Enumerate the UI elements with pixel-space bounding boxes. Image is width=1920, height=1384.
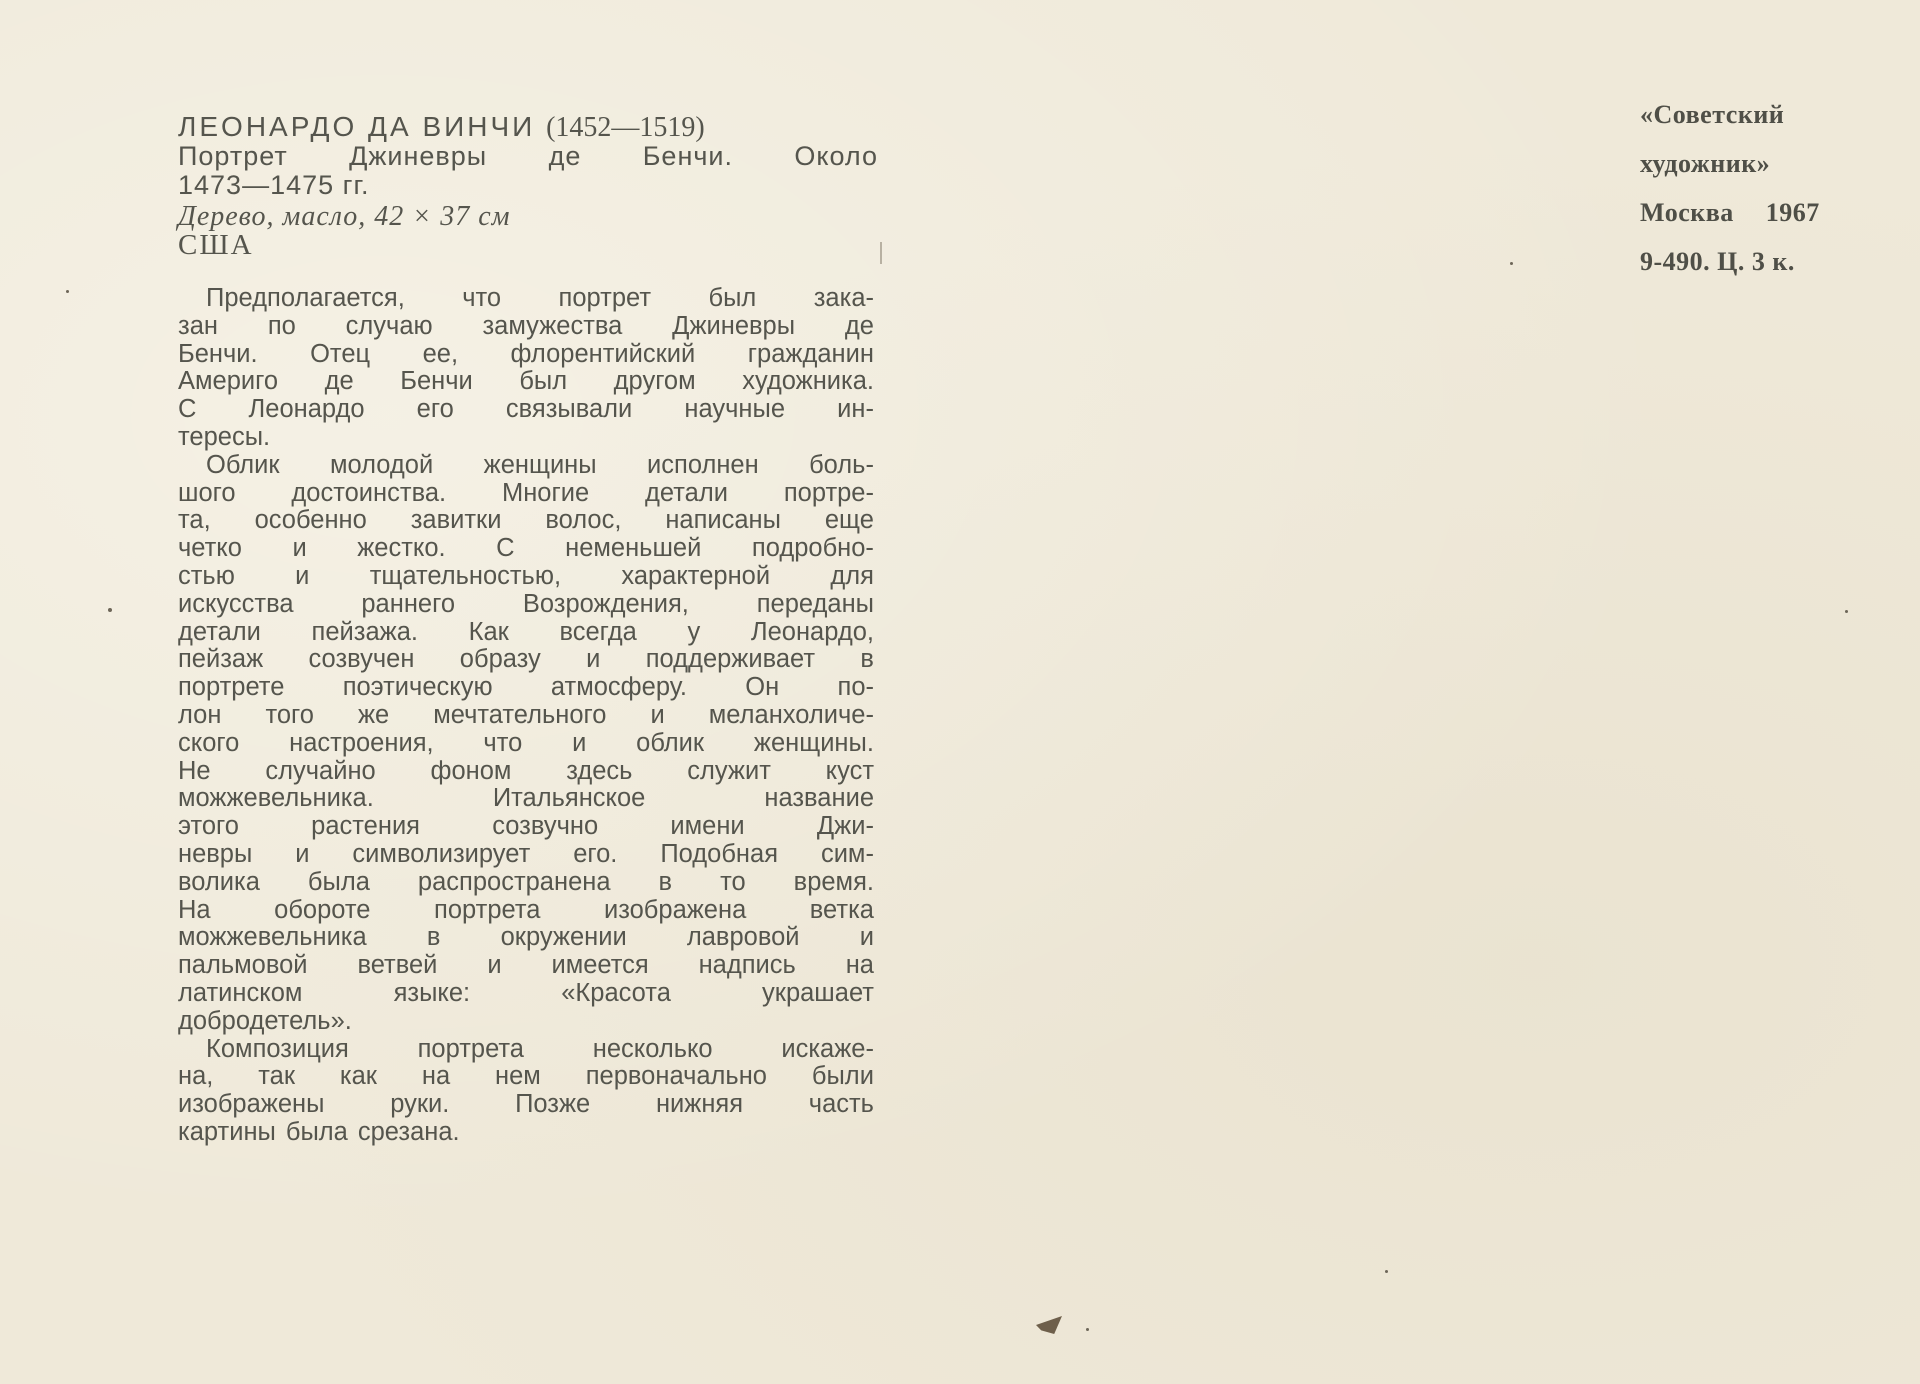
paper-speck [1086, 1328, 1089, 1331]
word: четко [178, 535, 242, 563]
word: имеется [551, 952, 648, 980]
word: Бенчи [400, 368, 473, 396]
word: молодой [330, 452, 433, 480]
word: нем [495, 1063, 541, 1091]
word: поэтическую [343, 674, 493, 702]
word: де [845, 313, 874, 341]
word: зан [178, 313, 218, 341]
word: Бенчи. [178, 341, 258, 369]
artwork-medium: Дерево, масло, 42 × 37 см [178, 202, 878, 231]
text-line: Композицияпортретанесколькоискаже- [178, 1036, 874, 1064]
word: облик [636, 730, 704, 758]
word: пальмовой [178, 952, 308, 980]
word: еще [825, 507, 874, 535]
word: подробно- [752, 535, 874, 563]
word: изображена [604, 897, 746, 925]
word: и [572, 730, 586, 758]
word: и [295, 841, 309, 869]
text-line: тересы. [178, 424, 874, 452]
margin-mark [880, 242, 882, 264]
word: исполнен [647, 452, 759, 480]
word: невры [178, 841, 252, 869]
word: особенно [255, 507, 367, 535]
word: другом [614, 368, 696, 396]
word: ее, [423, 341, 458, 369]
word: С [496, 535, 514, 563]
publisher-name-line-2: художник» [1640, 144, 1880, 193]
word: детали [178, 619, 261, 647]
word: надпись [699, 952, 796, 980]
word: написаны [665, 507, 781, 535]
word: Отец [310, 341, 370, 369]
word: лавровой [687, 924, 800, 952]
text-line: занпослучаюзамужестваДжиневрыде [178, 313, 874, 341]
word: служит [687, 758, 771, 786]
text-line: лонтогожемечтательногоимеланхоличе- [178, 702, 874, 730]
word: ин- [837, 396, 874, 424]
word: искусства [178, 591, 294, 619]
word: же [358, 702, 389, 730]
word: де [325, 368, 354, 396]
word: первоначально [586, 1063, 767, 1091]
word: название [764, 785, 874, 813]
word: портрет [559, 285, 652, 313]
paper-speck [1385, 1270, 1388, 1273]
word: Он [745, 674, 779, 702]
word: Позже [515, 1091, 590, 1119]
word: и [651, 702, 665, 730]
word: меланхоличе- [709, 702, 874, 730]
word: обороте [274, 897, 370, 925]
artist-name: ЛЕОНАРДО ДА ВИНЧИ [178, 111, 535, 142]
word: та, [178, 507, 211, 535]
word: Как [469, 619, 509, 647]
word: тщательностью, [370, 563, 561, 591]
word: имени [670, 813, 744, 841]
word: Предполагается, [206, 285, 405, 313]
artwork-date: 1473—1475 гг. [178, 171, 878, 200]
word: детали [645, 480, 728, 508]
word: портре- [784, 480, 874, 508]
word: Америго [178, 368, 278, 396]
publisher-city-year: Москва 1967 [1640, 193, 1880, 242]
word: здесь [566, 758, 632, 786]
word: был [708, 285, 756, 313]
word: пейзажа. [312, 619, 418, 647]
word: мечтательного [433, 702, 606, 730]
word: время. [794, 869, 874, 897]
word: Джи- [817, 813, 874, 841]
text-line: Предполагается,чтопортретбылзака- [178, 285, 874, 313]
word: ветка [810, 897, 874, 925]
word: в [427, 924, 441, 952]
word: можжевельника [178, 924, 367, 952]
title-word: Портрет [178, 142, 288, 171]
word: ского [178, 730, 239, 758]
word: символизирует [352, 841, 530, 869]
word: как [340, 1063, 377, 1091]
word: по [268, 313, 296, 341]
artwork-title-line-1: Портрет Джиневры де Бенчи. Около [178, 142, 878, 171]
word: связывали [506, 396, 632, 424]
text-line: можжевельника.Итальянскоеназвание [178, 785, 874, 813]
word: добродетель». [178, 1008, 352, 1036]
word: что [462, 285, 501, 313]
paper-speck [108, 608, 112, 612]
word: того [265, 702, 314, 730]
word: Подобная [660, 841, 778, 869]
word: латинском [178, 980, 302, 1008]
word: куст [826, 758, 874, 786]
word: тересы. [178, 424, 270, 452]
word: портрете [178, 674, 284, 702]
text-line: стьюитщательностью,характернойдля [178, 563, 874, 591]
title-word: де [549, 142, 582, 171]
text-line: добродетель». [178, 1008, 874, 1036]
paper-speck [66, 290, 69, 293]
word: случаю [346, 313, 433, 341]
text-line: искусствараннегоВозрождения,переданы [178, 591, 874, 619]
word: С [178, 396, 196, 424]
text-line: портретепоэтическуюатмосферу.Онпо- [178, 674, 874, 702]
word: стью [178, 563, 235, 591]
word: срезана. [358, 1119, 460, 1147]
text-line: Обликмолодойженщиныисполненболь- [178, 452, 874, 480]
print-code-price: 9-490. Ц. 3 к. [1640, 242, 1880, 291]
word: портрета [418, 1036, 524, 1064]
text-line: на,таккакнанемпервоначальнобыли [178, 1063, 874, 1091]
word: настроения, [289, 730, 433, 758]
word: На [178, 897, 211, 925]
paper-speck [1845, 610, 1848, 613]
word: атмосферу. [551, 674, 687, 702]
text-line: пальмовойветвейиимеетсянадписьна [178, 952, 874, 980]
word: женщины [484, 452, 597, 480]
word: достоинства. [291, 480, 446, 508]
word: так [258, 1063, 295, 1091]
text-line: изображеныруки.Позженижняячасть [178, 1091, 874, 1119]
artist-heading: ЛЕОНАРДО ДА ВИНЧИ (1452—1519) [178, 112, 878, 142]
paper-speck [1510, 262, 1513, 265]
word: то [720, 869, 746, 897]
word: портрета [434, 897, 540, 925]
word: был [519, 368, 567, 396]
word: на [846, 952, 874, 980]
word: Итальянское [493, 785, 646, 813]
word: художника. [742, 368, 874, 396]
word: руки. [390, 1091, 449, 1119]
word: созвучно [492, 813, 598, 841]
text-line: воликабылараспространенавтовремя. [178, 869, 874, 897]
word: для [830, 563, 874, 591]
word: Леонардо, [751, 619, 874, 647]
text-line: та,особеннозавиткиволос,написаныеще [178, 507, 874, 535]
word: часть [809, 1091, 874, 1119]
word: замужества [482, 313, 622, 341]
word: в [659, 869, 673, 897]
word: была [308, 869, 370, 897]
word: раннего [361, 591, 455, 619]
word: на, [178, 1063, 213, 1091]
word: и [860, 924, 874, 952]
publisher-name-line-1: «Советский [1640, 95, 1880, 144]
text-line: Бенчи.Отецее,флорентийскийгражданин [178, 341, 874, 369]
word: научные [684, 396, 785, 424]
word: и [586, 646, 600, 674]
word: распространена [418, 869, 611, 897]
word: можжевельника. [178, 785, 374, 813]
word: и [292, 535, 306, 563]
word: всегда [559, 619, 636, 647]
word: Джиневры [672, 313, 795, 341]
publisher-block: «Советский художник» Москва 1967 9-490. … [1640, 95, 1880, 291]
word: растения [311, 813, 420, 841]
word: украшает [762, 980, 874, 1008]
title-word: Около [794, 142, 878, 171]
word: фоном [431, 758, 512, 786]
text-line: Наоборотепортретаизображенаветка [178, 897, 874, 925]
word: флорентийский [511, 341, 696, 369]
word: у [687, 619, 700, 647]
word: в [860, 646, 874, 674]
word: сим- [821, 841, 874, 869]
word: Многие [502, 480, 589, 508]
word: Леонардо [249, 396, 365, 424]
text-line: неврыисимволизируетего.Подобнаясим- [178, 841, 874, 869]
word: неменьшей [565, 535, 701, 563]
word: поддерживает [646, 646, 815, 674]
title-word: Бенчи. [643, 142, 733, 171]
word: нижняя [656, 1091, 743, 1119]
publisher-city: Москва [1640, 198, 1734, 227]
word: были [812, 1063, 874, 1091]
text-line: деталипейзажа.КаквсегдауЛеонардо, [178, 619, 874, 647]
word: искаже- [781, 1036, 874, 1064]
word: его [417, 396, 454, 424]
word: языке: [394, 980, 471, 1008]
text-line: четкоижестко.Снеменьшейподробно- [178, 535, 874, 563]
word: женщины. [754, 730, 874, 758]
word: волика [178, 869, 260, 897]
text-line: СЛеонардоегосвязывалинаучныеин- [178, 396, 874, 424]
word: переданы [757, 591, 874, 619]
word: характерной [621, 563, 770, 591]
publisher-year: 1967 [1766, 198, 1820, 227]
text-line: АмеригодеБенчибылдругомхудожника. [178, 368, 874, 396]
word: волос, [545, 507, 621, 535]
word: случайно [265, 758, 375, 786]
word: «Красота [561, 980, 671, 1008]
word: Возрождения, [523, 591, 689, 619]
word: завитки [411, 507, 502, 535]
word: жестко. [357, 535, 445, 563]
word: пейзаж [178, 646, 263, 674]
text-line: пейзажсозвученобразуиподдерживаетв [178, 646, 874, 674]
word: гражданин [748, 341, 874, 369]
word: на [422, 1063, 450, 1091]
text-line: шогодостоинства.Многиедеталипортре- [178, 480, 874, 508]
word: Не [178, 758, 211, 786]
text-line: скогонастроения,чтоиобликженщины. [178, 730, 874, 758]
artist-years: (1452—1519) [546, 112, 705, 143]
word: несколько [593, 1036, 713, 1064]
word: этого [178, 813, 239, 841]
text-line: этогорастениясозвучноимениДжи- [178, 813, 874, 841]
word: Композиция [206, 1036, 349, 1064]
word: лон [178, 702, 221, 730]
word: шого [178, 480, 236, 508]
word: и [295, 563, 309, 591]
artwork-location: США [178, 231, 878, 260]
word: была [286, 1119, 348, 1147]
word: что [483, 730, 522, 758]
artwork-caption: ЛЕОНАРДО ДА ВИНЧИ (1452—1519) Портрет Дж… [178, 112, 878, 260]
word: Облик [206, 452, 280, 480]
text-line: картиныбыласрезана. [178, 1119, 874, 1147]
word: ветвей [357, 952, 437, 980]
word: по- [838, 674, 874, 702]
word: образу [460, 646, 541, 674]
word: изображены [178, 1091, 324, 1119]
word: окружении [501, 924, 627, 952]
word: зака- [814, 285, 874, 313]
text-line: можжевельникавокружениилавровойи [178, 924, 874, 952]
title-word: Джиневры [349, 142, 487, 171]
text-line: Неслучайнофономздесьслужиткуст [178, 758, 874, 786]
description-text: Предполагается,чтопортретбылзака-занпосл… [178, 285, 874, 1147]
word: созвучен [309, 646, 415, 674]
text-line: латинскомязыке:«Красотаукрашает [178, 980, 874, 1008]
word: его. [573, 841, 617, 869]
word: и [487, 952, 501, 980]
word: боль- [809, 452, 874, 480]
word: картины [178, 1119, 276, 1147]
